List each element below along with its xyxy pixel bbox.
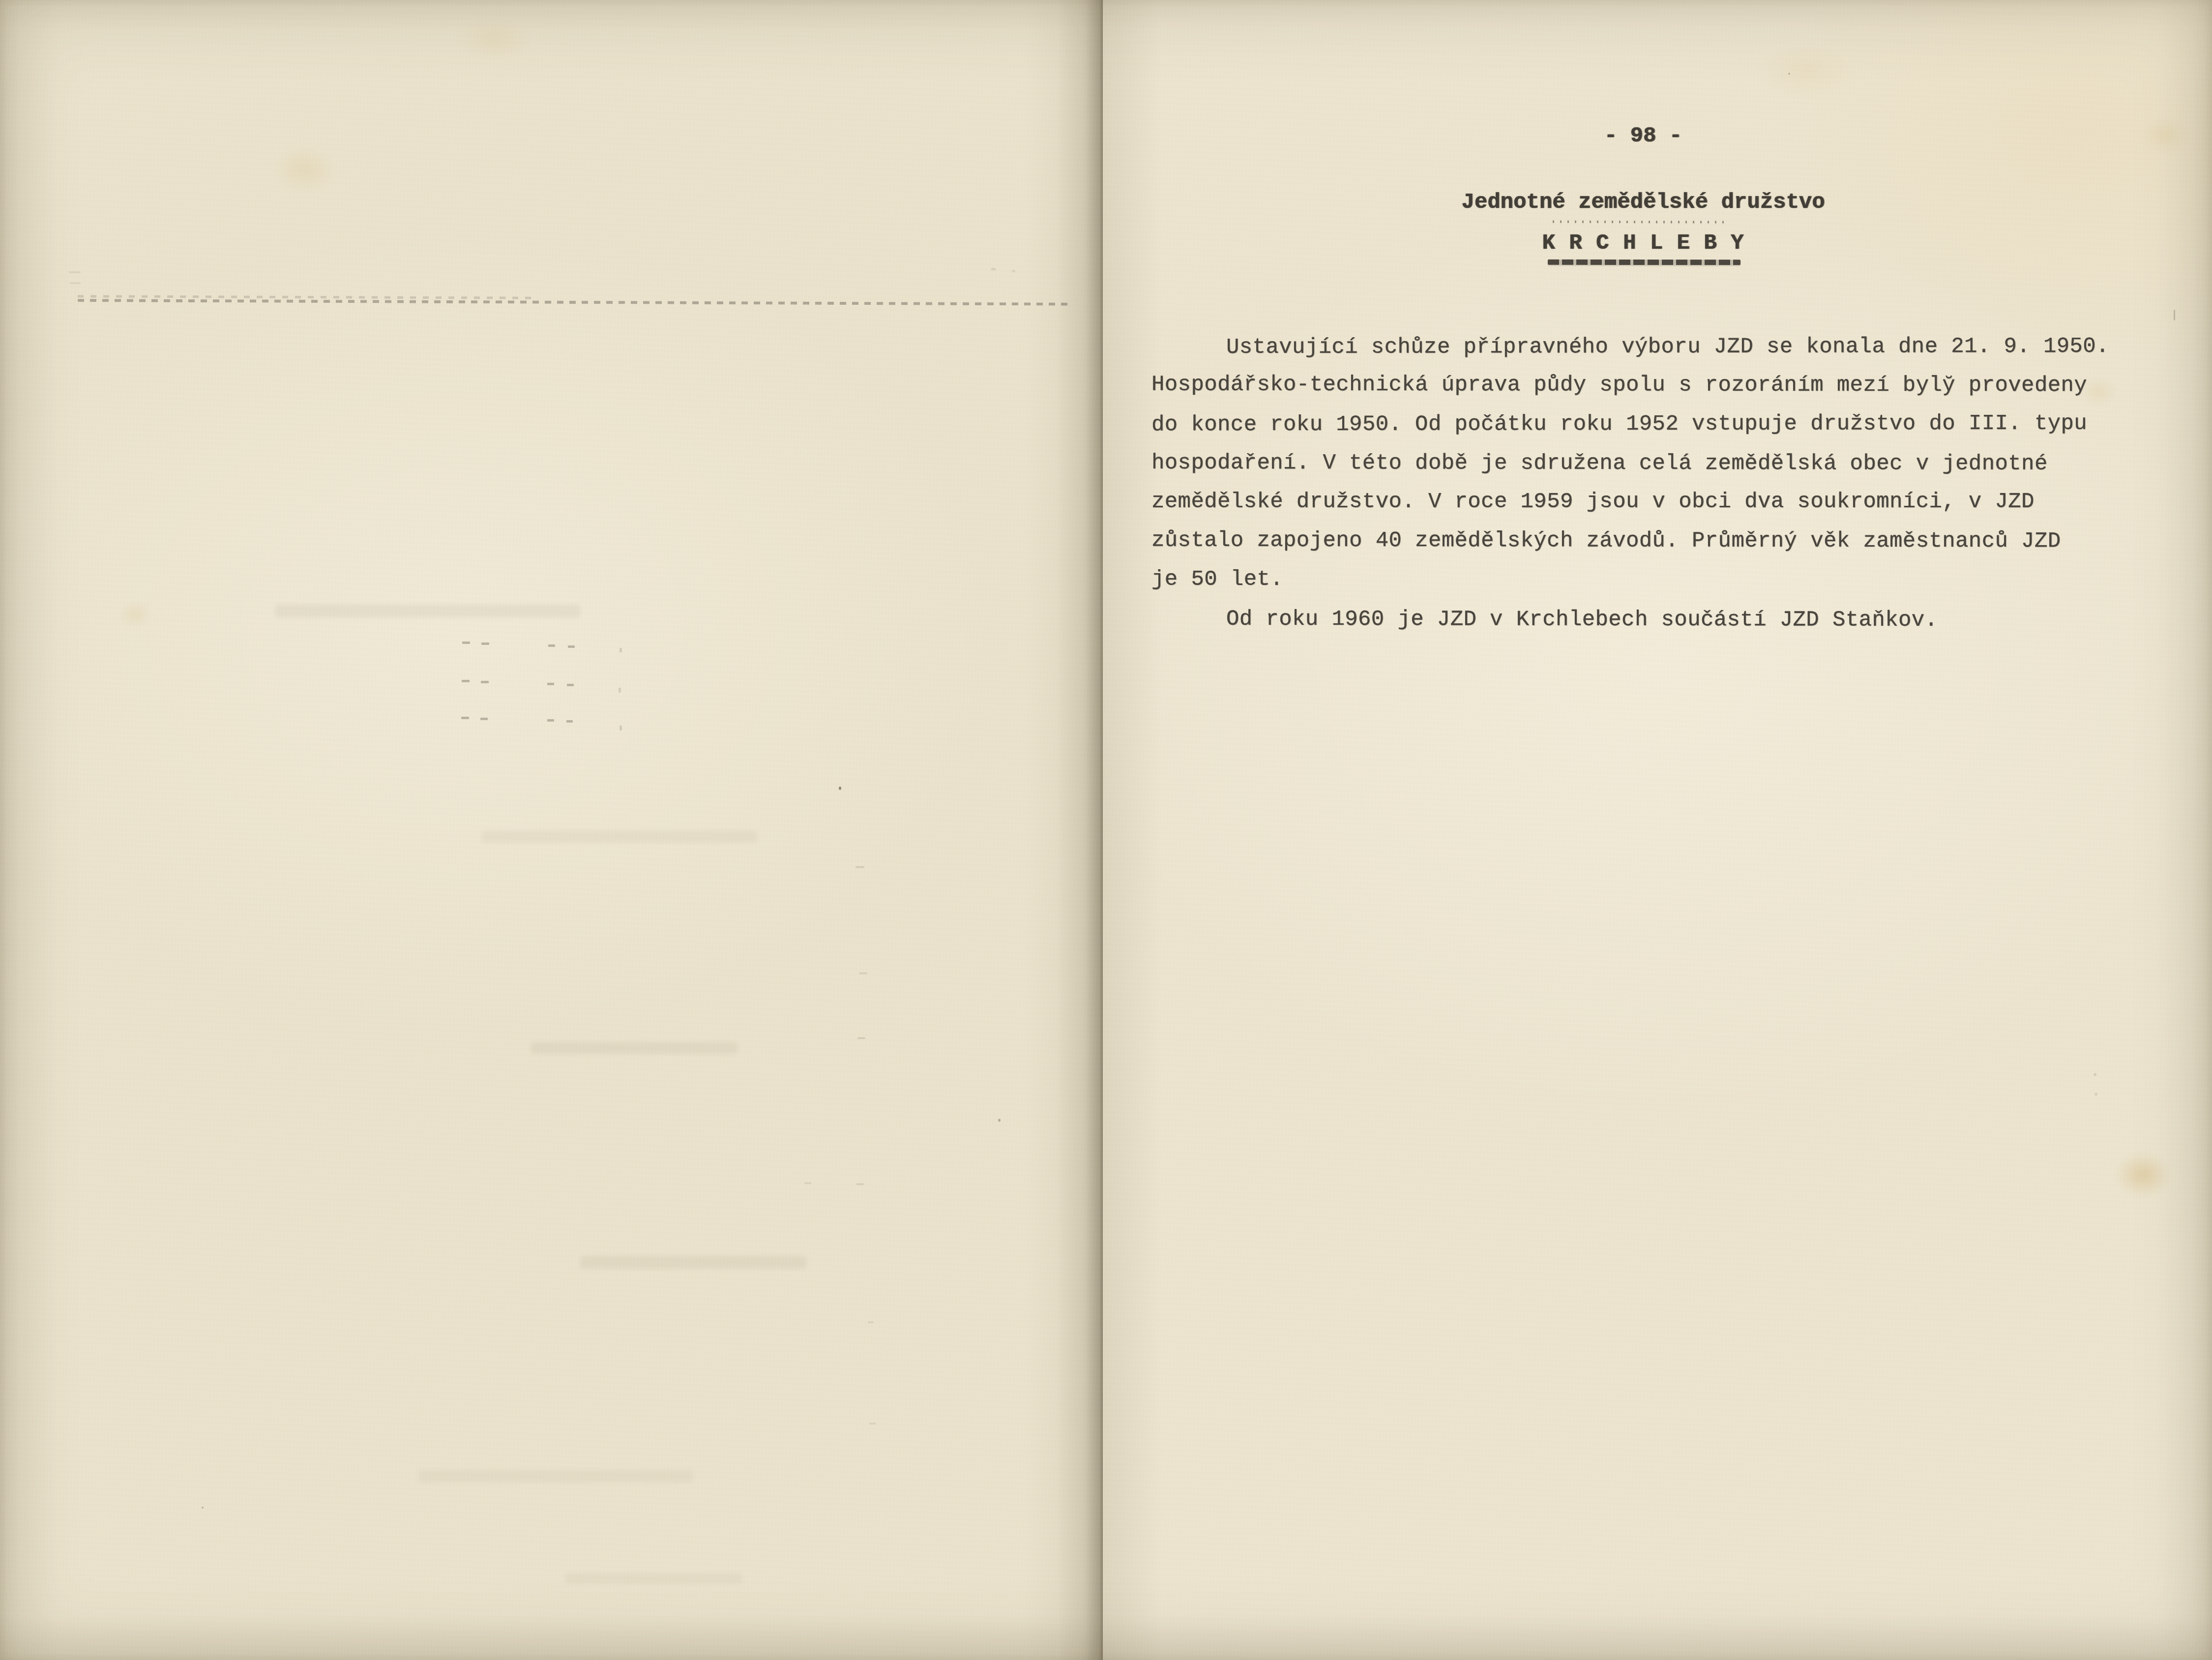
ghost-dot xyxy=(619,726,622,730)
ghost-dash xyxy=(481,681,489,683)
ghost-dot xyxy=(619,648,622,652)
ghost-dash xyxy=(567,684,574,686)
heading-heavy-underline xyxy=(1548,260,1740,265)
ghost-dash xyxy=(480,718,488,720)
typewritten-body: Ustavující schůze přípravného výboru JZD… xyxy=(1151,327,2140,638)
typed-dashed-separator-line xyxy=(78,299,1068,306)
ghost-dash xyxy=(856,1183,864,1185)
ghost-dash xyxy=(566,720,573,723)
body-text-line: Od roku 1960 je JZD v Krchlebech součást… xyxy=(1151,600,2140,641)
ghost-dash xyxy=(868,1321,874,1323)
paper-stain xyxy=(2116,1153,2170,1197)
heading-dotted-underline xyxy=(1553,221,1730,224)
bleedthrough-text-smudge xyxy=(531,1042,737,1054)
ghost-mark xyxy=(1012,270,1015,272)
paper-speck xyxy=(2094,1093,2097,1096)
bleedthrough-text-smudge xyxy=(482,831,757,843)
ghost-dash xyxy=(804,1182,811,1184)
paper-speck xyxy=(1788,73,1790,75)
ghost-dash xyxy=(568,645,575,648)
village-name-heading: K R C H L E B Y xyxy=(1151,229,2135,258)
ghost-dash xyxy=(869,1423,876,1425)
paper-stain xyxy=(2143,118,2187,152)
ghost-dash xyxy=(461,717,469,719)
ghost-mark xyxy=(69,271,81,273)
paper-speck xyxy=(202,1507,204,1509)
body-text-line: Hospodářsko-technická úprava půdy spolu … xyxy=(1151,366,2140,406)
paper-speck xyxy=(2094,1073,2096,1076)
document-heading-line: Jednotné zemědělské družstvo xyxy=(1151,188,2135,217)
paper-speck xyxy=(839,786,841,790)
ghost-dash xyxy=(547,719,554,722)
ghost-dash xyxy=(462,641,470,644)
bleedthrough-text-smudge xyxy=(275,605,580,617)
ghost-dot xyxy=(619,688,621,693)
body-text-line: zůstalo zapojeno 40 zemědělských závodů.… xyxy=(1151,522,2140,561)
ghost-dash xyxy=(857,1037,865,1039)
body-text-line: hospodaření. V této době je sdružena cel… xyxy=(1151,444,2140,484)
ghost-mark xyxy=(991,268,996,270)
paper-stain xyxy=(275,147,334,192)
ghost-dash xyxy=(855,866,864,868)
body-text-line: Ustavující schůze přípravného výboru JZD… xyxy=(1151,327,2140,367)
bleedthrough-text-smudge xyxy=(418,1470,693,1483)
ghost-dash xyxy=(481,642,489,645)
page-number: - 98 - xyxy=(1151,124,2135,148)
ghost-dash xyxy=(859,972,867,974)
bleedthrough-text-smudge xyxy=(565,1573,742,1584)
paper-stain xyxy=(120,602,150,627)
ghost-dash xyxy=(548,644,555,647)
ghost-dash xyxy=(547,683,554,685)
scanned-book-spread: - 98 - Jednotné zemědělské družstvo K R … xyxy=(0,0,2212,1660)
body-text-line: do konce roku 1950. Od počátku roku 1952… xyxy=(1151,405,2140,445)
paper-scratch xyxy=(2174,310,2175,320)
ghost-dash xyxy=(462,680,470,682)
left-page xyxy=(0,0,1103,1660)
ghost-mark xyxy=(70,282,81,284)
body-text-line: je 50 let. xyxy=(1151,560,2140,599)
paper-stain xyxy=(457,20,531,59)
body-text-line: zemědělské družstvo. V roce 1959 jsou v … xyxy=(1151,483,2140,522)
paper-speck xyxy=(998,1119,1001,1122)
paper-grain xyxy=(0,0,1103,1660)
paper-stain xyxy=(1757,44,1855,98)
bleedthrough-text-smudge xyxy=(580,1256,806,1269)
